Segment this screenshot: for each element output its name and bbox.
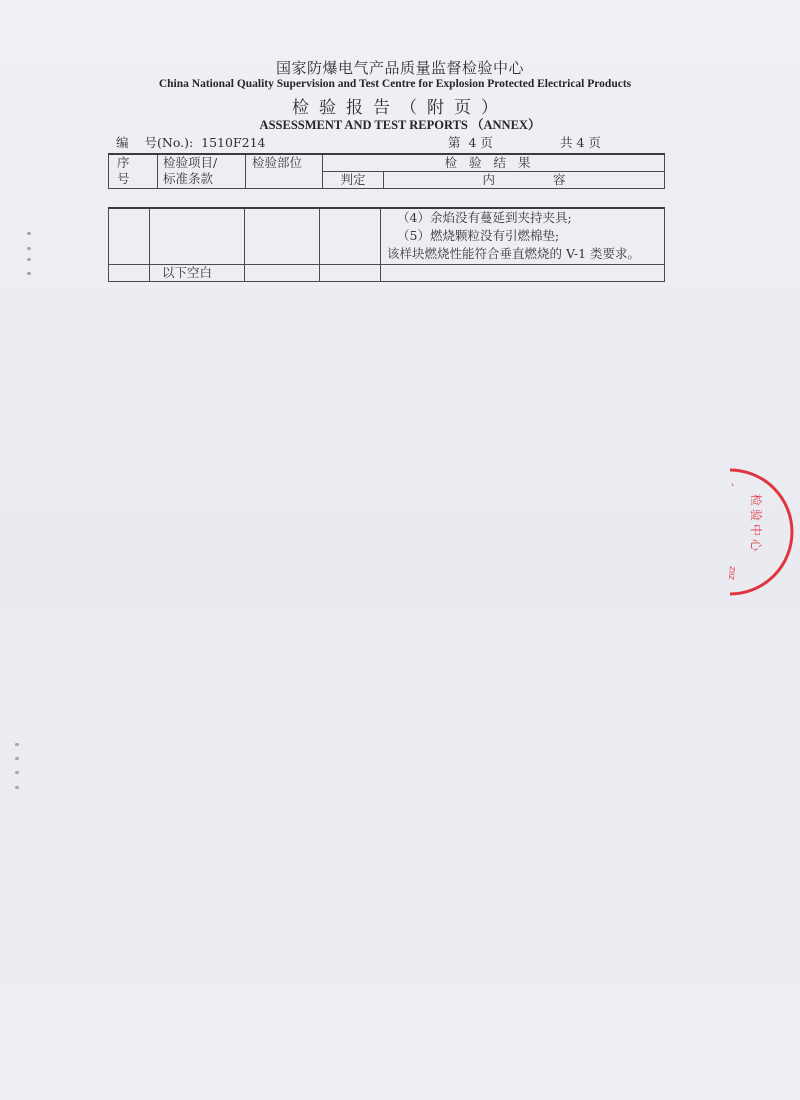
content-line-4: （4）余焰没有蔓延到夹持夹具; — [387, 209, 664, 227]
cell-content: （4）余焰没有蔓延到夹持夹具; （5）燃烧颗粒没有引燃棉垫; 该样块燃烧性能符合… — [381, 208, 665, 265]
document-page: 国家防爆电气产品质量监督检验中心 China National Quality … — [0, 0, 800, 1100]
header-seq-line2: 号 — [117, 171, 157, 187]
header-seq-line1: 序 — [117, 155, 157, 171]
header-result: 检验结果 — [323, 154, 665, 172]
report-number-label-1: 编 — [116, 135, 129, 150]
cell-seq — [109, 208, 150, 265]
cell-part — [245, 208, 320, 265]
svg-text:ZIIZ: ZIIZ — [727, 566, 736, 581]
content-line-5: （5）燃烧颗粒没有引燃棉垫; — [387, 227, 664, 245]
table-header: 序 号 检验项目/ 标准条款 检验部位 检验结果 判定 内容 — [108, 153, 665, 189]
report-number-label-2: 号(No.): — [145, 135, 194, 150]
header-content-1: 内 — [482, 172, 495, 187]
stamp-text: 检验中心 — [749, 494, 764, 554]
cell-content — [381, 265, 665, 282]
report-number-value: 1510F214 — [201, 135, 265, 150]
page-number: 第 4 页 — [448, 133, 493, 151]
cell-item — [150, 208, 245, 265]
cell-part — [245, 265, 320, 282]
cell-verdict — [320, 265, 381, 282]
report-number: 编号(No.): 1510F214 — [116, 133, 266, 151]
cell-seq — [109, 265, 150, 282]
total-pages: 共 4 页 — [560, 133, 601, 151]
report-title-en: ASSESSMENT AND TEST REPORTS （ANNEX） — [0, 115, 800, 133]
header-part: 检验部位 — [246, 154, 323, 189]
table-row: 以下空白 — [109, 265, 665, 282]
organization-name-en: China National Quality Supervision and T… — [0, 78, 790, 90]
header-item-line2: 标准条款 — [163, 171, 245, 187]
results-table: （4）余焰没有蔓延到夹持夹具; （5）燃烧颗粒没有引燃棉垫; 该样块燃烧性能符合… — [108, 207, 665, 282]
header-verdict: 判定 — [323, 172, 384, 189]
svg-text:“: “ — [726, 482, 735, 488]
cell-verdict — [320, 208, 381, 265]
content-conclusion: 该样块燃烧性能符合垂直燃烧的 V-1 类要求。 — [387, 245, 664, 263]
header-item-line1: 检验项目/ — [163, 155, 245, 171]
official-seal-stamp: 检验中心 “ ZIIZ — [690, 462, 800, 602]
header-content-2: 容 — [553, 172, 566, 187]
cell-item-blank-below: 以下空白 — [150, 265, 245, 282]
organization-name-cn: 国家防爆电气产品质量监督检验中心 — [0, 57, 800, 78]
header-item: 检验项目/ 标准条款 — [158, 154, 246, 189]
header-content: 内容 — [384, 172, 665, 189]
table-row: （4）余焰没有蔓延到夹持夹具; （5）燃烧颗粒没有引燃棉垫; 该样块燃烧性能符合… — [109, 208, 665, 265]
header-seq: 序 号 — [109, 154, 158, 189]
